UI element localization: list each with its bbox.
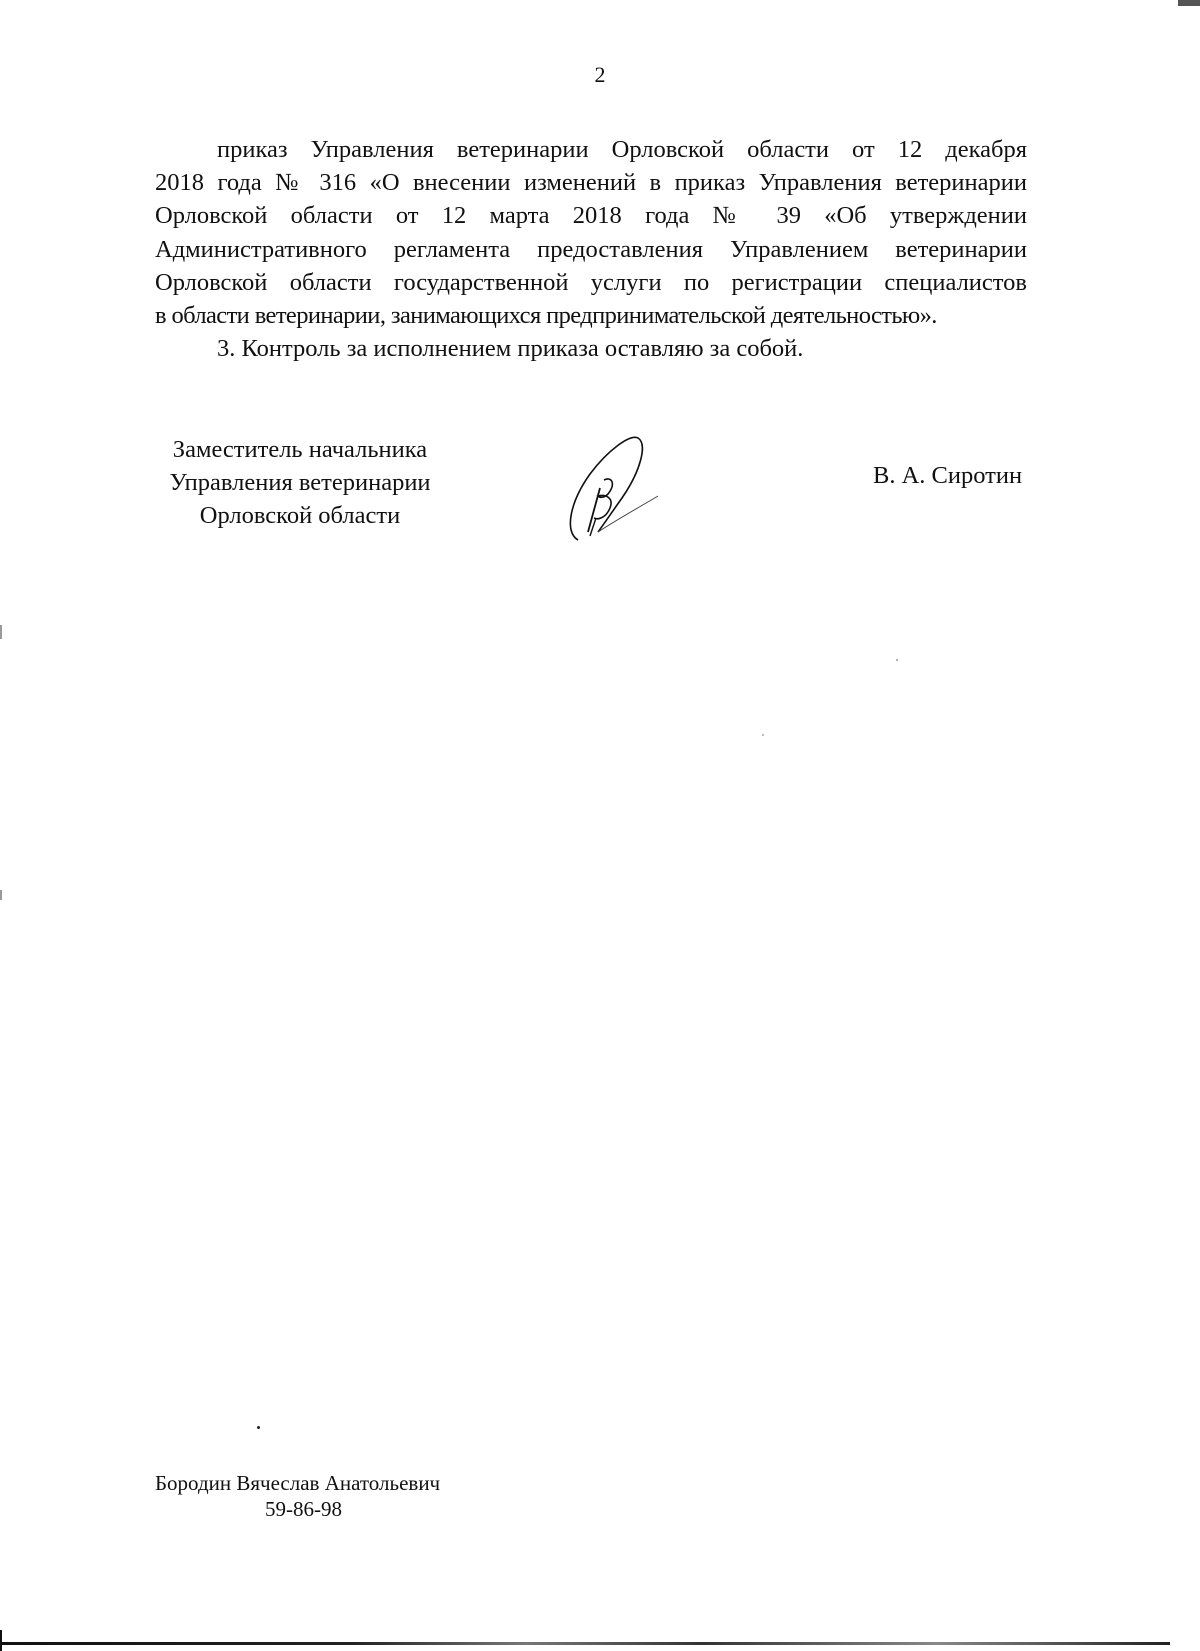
- executor-phone: 59-86-98: [155, 1496, 440, 1522]
- signer-name: В. А. Сиротин: [873, 462, 1022, 490]
- text-line: приказ Управления ветеринарии Орловской …: [155, 133, 1027, 166]
- scan-artifact-left-edge: [0, 1630, 2, 1651]
- text-line: Орловской области от 12 марта 2018 года …: [155, 199, 1027, 232]
- text-line: Административного регламента предоставле…: [155, 233, 1027, 266]
- scan-artifact-left-edge: [0, 890, 2, 900]
- paragraph-continuation: приказ Управления ветеринарии Орловской …: [155, 133, 1027, 332]
- scan-speck: [257, 1426, 260, 1429]
- executor-name: Бородин Вячеслав Анатольевич: [155, 1470, 440, 1496]
- text-line: 2018 года № 316 «О внесении изменений в …: [155, 166, 1027, 199]
- handwritten-signature-icon: [560, 432, 670, 547]
- scan-artifact-left-edge: [0, 625, 2, 639]
- text-line: в области ветеринарии, занимающихся пред…: [155, 299, 1027, 332]
- document-body: приказ Управления ветеринарии Орловской …: [155, 133, 1027, 365]
- position-line: Заместитель начальника: [150, 433, 450, 466]
- signatory-position: Заместитель начальника Управления ветери…: [150, 433, 450, 532]
- scan-artifact-bottom-edge: [0, 1642, 1170, 1645]
- text-line: Орловской области государственной услуги…: [155, 266, 1027, 299]
- position-line: Управления ветеринарии: [150, 466, 450, 499]
- executor-info: Бородин Вячеслав Анатольевич 59-86-98: [155, 1470, 440, 1522]
- scan-speck: [896, 659, 898, 661]
- scan-artifact-corner: [1178, 0, 1200, 6]
- page-number: 2: [0, 62, 1200, 88]
- position-line: Орловской области: [150, 499, 450, 532]
- item-3-paragraph: 3. Контроль за исполнением приказа остав…: [155, 332, 1027, 365]
- scan-speck: [762, 734, 764, 736]
